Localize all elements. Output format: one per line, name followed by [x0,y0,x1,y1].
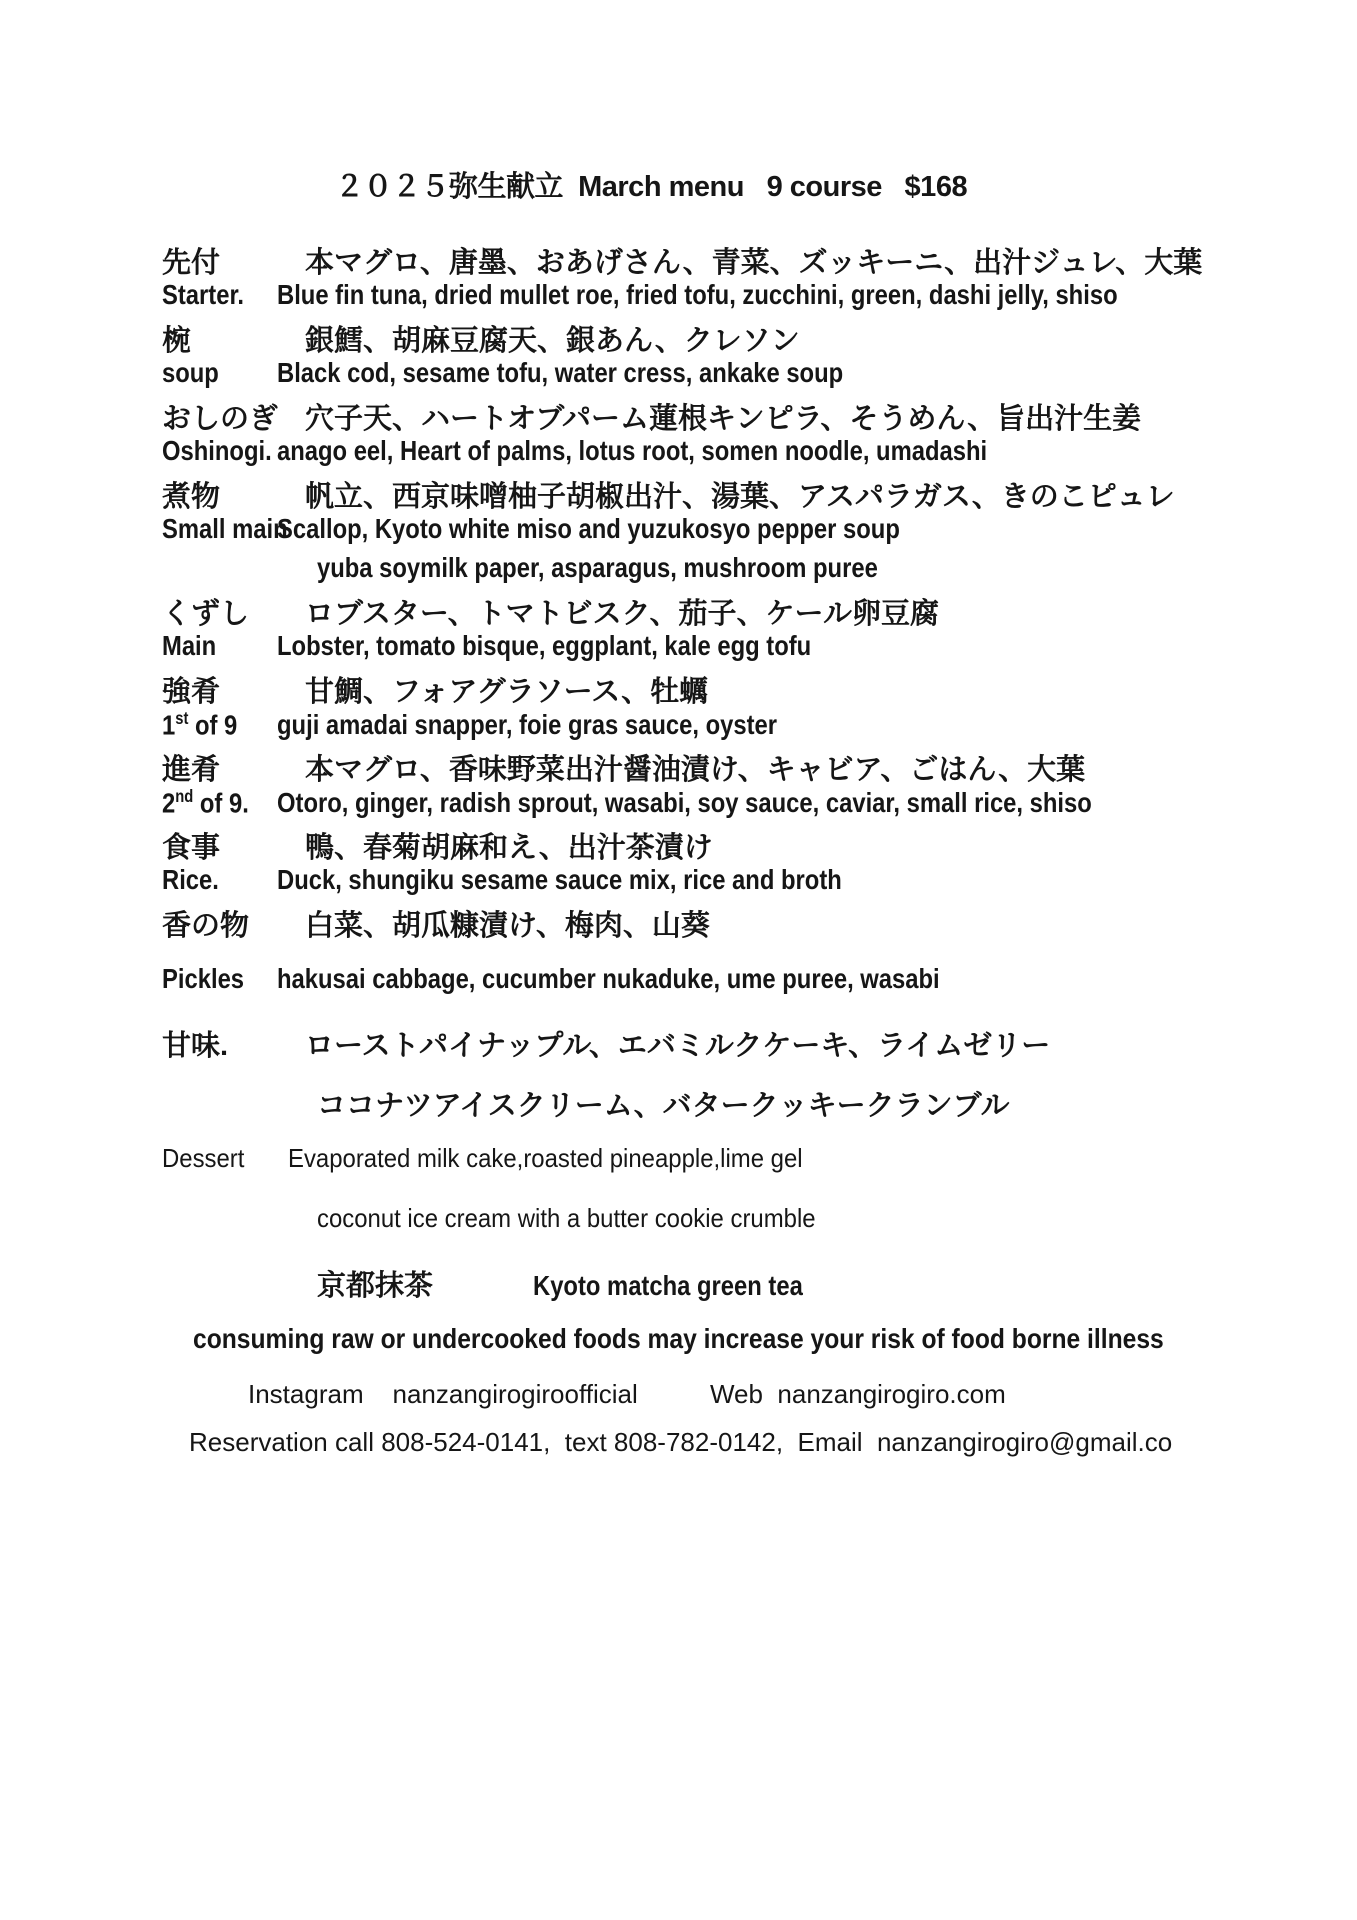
course-label: Starter. [162,279,260,311]
course-text: anago eel, Heart of palms, lotus root, s… [277,435,987,467]
menu-row: Rice.Duck, shungiku sesame sauce mix, ri… [162,864,1302,903]
menu-row: DessertEvaporated milk cake,roasted pine… [162,1143,1302,1182]
course-text: 鴨、春菊胡麻和え、出汁茶漬け [305,825,713,866]
course-label: 進肴 [162,747,305,788]
menu-course-list: 先付本マグロ、唐墨、おあげさん、青菜、ズッキーニ、出汁ジュレ、大葉Starter… [162,240,1302,1302]
course-label: 甘味. [162,1023,305,1064]
menu-row: Starter.Blue fin tuna, dried mullet roe,… [162,279,1302,318]
course-label: 煮物 [162,474,305,515]
menu-row: 進肴本マグロ、香味野菜出汁醤油漬け、キャビア、ごはん、大葉 [162,747,1302,786]
course-label: 椀 [162,318,305,359]
menu-row: くずしロブスター、トマトビスク、茄子、ケール卵豆腐 [162,591,1302,630]
course-label: Small main [162,513,260,545]
menu-row: Oshinogi.anago eel, Heart of palms, lotu… [162,435,1302,474]
menu-row: MainLobster, tomato bisque, eggplant, ka… [162,630,1302,669]
menu-row: ココナツアイスクリーム、バタークッキークランブル [162,1083,1302,1122]
course-label: 食事 [162,825,305,866]
menu-row: 1st of 9guji amadai snapper, foie gras s… [162,708,1302,747]
course-label: 1st of 9 [162,708,260,741]
course-text: 本マグロ、香味野菜出汁醤油漬け、キャビア、ごはん、大葉 [305,747,1085,788]
menu-row: 2nd of 9.Otoro, ginger, radish sprout, w… [162,786,1302,825]
course-text: 銀鱈、胡麻豆腐天、銀あん、クレソン [305,318,800,359]
course-text: Black cod, sesame tofu, water cress, ank… [277,357,843,389]
menu-row: 食事鴨、春菊胡麻和え、出汁茶漬け [162,825,1302,864]
course-text: ローストパイナップル、エバミルクケーキ、ライムゼリー [305,1023,1050,1064]
course-text: Lobster, tomato bisque, eggplant, kale e… [277,630,811,662]
menu-row: soupBlack cod, sesame tofu, water cress,… [162,357,1302,396]
course-text: guji amadai snapper, foie gras sauce, oy… [277,709,777,741]
menu-title: ２０２５弥生献立 March menu 9 course $168 [335,164,967,205]
course-label: 強肴 [162,669,305,710]
reservation-contact-line: Reservation call 808-524-0141, text 808-… [189,1427,1172,1458]
course-text: coconut ice cream with a butter cookie c… [317,1203,816,1234]
course-label: soup [162,357,260,389]
course-label: Dessert [162,1143,278,1174]
menu-row: Pickleshakusai cabbage, cucumber nukaduk… [162,963,1302,1002]
menu-row: 香の物白菜、胡瓜糠漬け、梅肉、山葵 [162,903,1302,942]
course-label: Main [162,630,260,662]
raw-food-disclaimer: consuming raw or undercooked foods may i… [193,1323,1164,1355]
course-text: Scallop, Kyoto white miso and yuzukosyo … [277,513,900,545]
course-label: Rice. [162,864,260,896]
menu-row: yuba soymilk paper, asparagus, mushroom … [162,552,1302,591]
course-label: おしのぎ [162,396,305,437]
menu-row: おしのぎ穴子天、ハートオブパーム蓮根キンピラ、そうめん、旨出汁生姜 [162,396,1302,435]
menu-row: 煮物帆立、西京味噌柚子胡椒出汁、湯葉、アスパラガス、きのこピュレ [162,474,1302,513]
course-text: hakusai cabbage, cucumber nukaduke, ume … [277,963,940,995]
menu-row: 甘味.ローストパイナップル、エバミルクケーキ、ライムゼリー [162,1023,1302,1062]
course-text: 京都抹茶 [317,1263,433,1304]
menu-row: 先付本マグロ、唐墨、おあげさん、青菜、ズッキーニ、出汁ジュレ、大葉 [162,240,1302,279]
course-label: 香の物 [162,903,305,944]
course-label: 先付 [162,240,305,281]
course-text: 白菜、胡瓜糠漬け、梅肉、山葵 [305,903,710,944]
course-text: Blue fin tuna, dried mullet roe, fried t… [277,279,1118,311]
course-text-english: Kyoto matcha green tea [533,1270,803,1302]
course-text: 本マグロ、唐墨、おあげさん、青菜、ズッキーニ、出汁ジュレ、大葉 [305,240,1202,281]
menu-row: 強肴甘鯛、フォアグラソース、牡蠣 [162,669,1302,708]
course-text: Otoro, ginger, radish sprout, wasabi, so… [277,787,1092,819]
course-text: 甘鯛、フォアグラソース、牡蠣 [305,669,708,710]
course-text: ロブスター、トマトビスク、茄子、ケール卵豆腐 [305,591,939,632]
course-label: Pickles [162,963,260,995]
course-text: Duck, shungiku sesame sauce mix, rice an… [277,864,842,896]
menu-row: 京都抹茶Kyoto matcha green tea [162,1263,1302,1302]
course-label: Oshinogi. [162,435,260,467]
menu-row: Small mainScallop, Kyoto white miso and … [162,513,1302,552]
course-text: 穴子天、ハートオブパーム蓮根キンピラ、そうめん、旨出汁生姜 [305,396,1141,437]
course-text: Evaporated milk cake,roasted pineapple,l… [288,1143,803,1174]
course-label: 2nd of 9. [162,786,260,819]
menu-row: coconut ice cream with a butter cookie c… [162,1203,1302,1242]
course-label: くずし [162,591,305,632]
contact-social-line: Instagram nanzangirogiroofficial Web nan… [248,1379,1006,1410]
course-text: 帆立、西京味噌柚子胡椒出汁、湯葉、アスパラガス、きのこピュレ [305,474,1175,515]
course-text: ココナツアイスクリーム、バタークッキークランブル [317,1083,1010,1124]
course-text: yuba soymilk paper, asparagus, mushroom … [317,552,878,584]
menu-document-page: ２０２５弥生献立 March menu 9 course $168 先付本マグロ… [0,0,1357,1920]
menu-row: 椀銀鱈、胡麻豆腐天、銀あん、クレソン [162,318,1302,357]
